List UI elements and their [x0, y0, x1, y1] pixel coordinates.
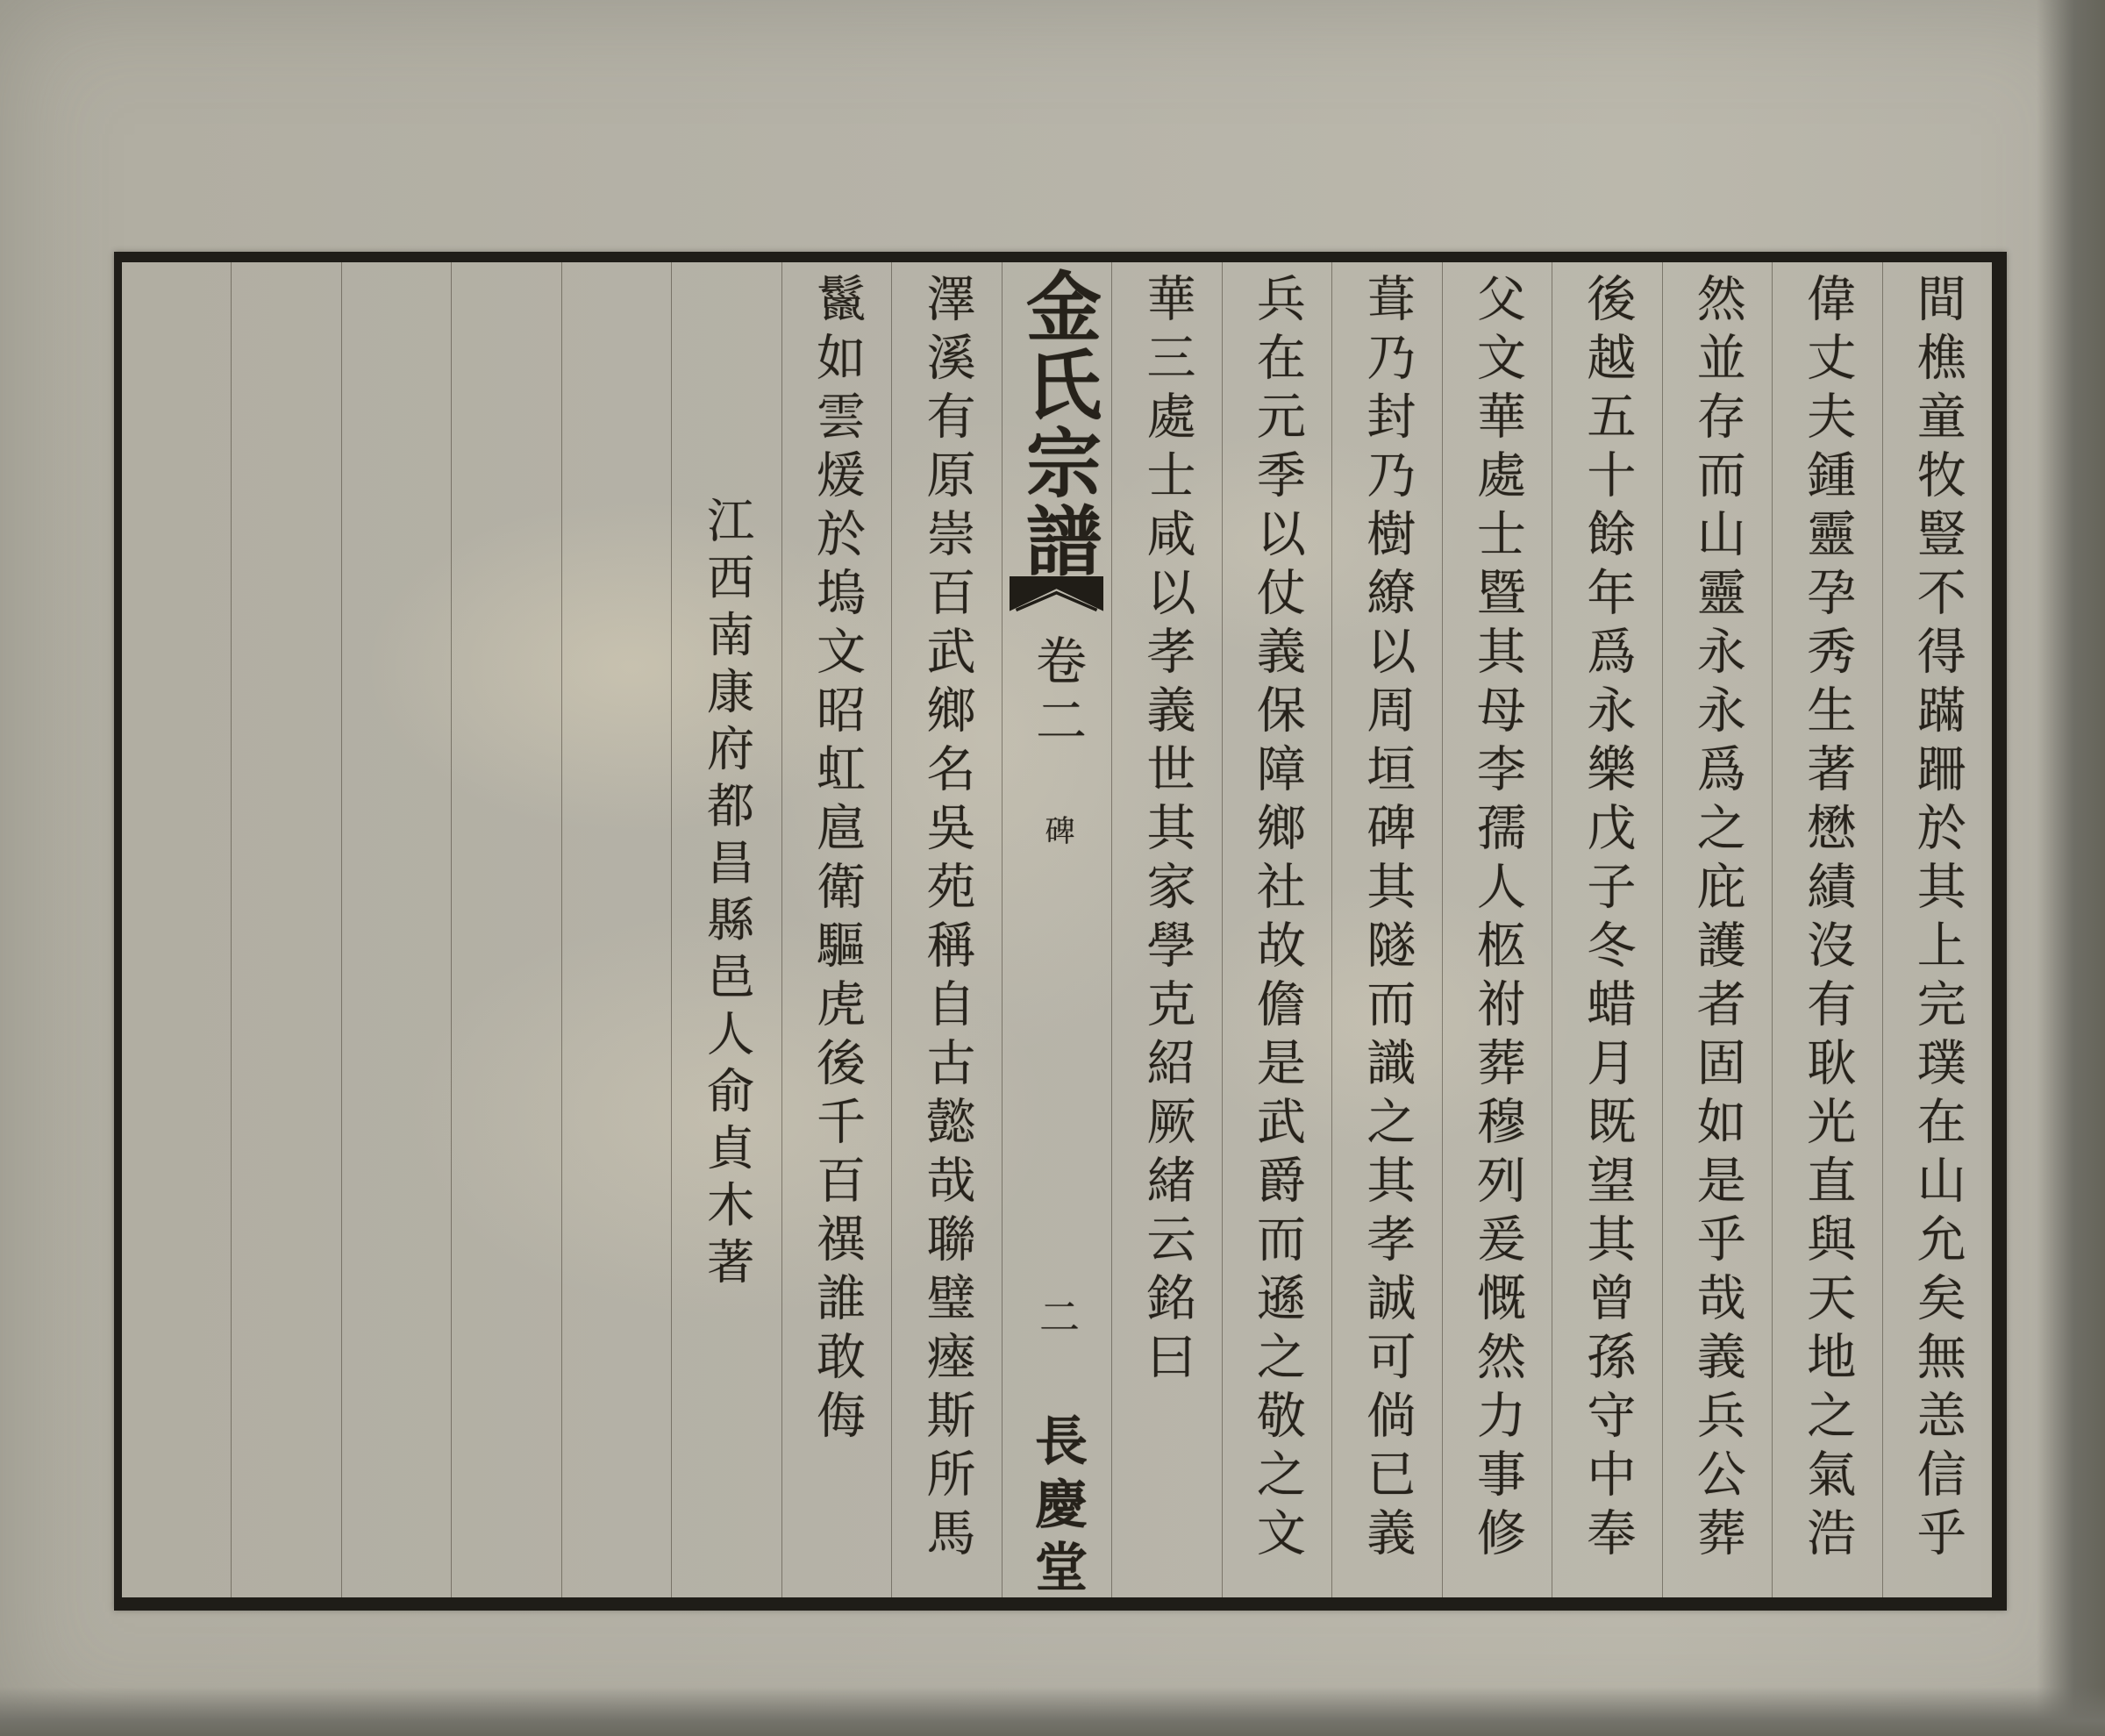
volume-label: 卷二	[1031, 634, 1082, 754]
right-page-text-column-3: 然並存而山靈永永爲之庇護者固如是乎哉義兵公葬	[1662, 262, 1772, 1597]
right-page-text-column-1: 間樵童牧豎不得蹣跚於其上完璞在山允矣無恙信乎	[1882, 262, 1992, 1597]
banxin-center-fold-column: 金氏宗譜 卷二 碑 二 長慶堂	[1002, 262, 1111, 1597]
page-border-frame: 江西南康府都昌縣邑人俞貞木著鬣如雲煖於塢文昭虹扈衛驅虎後千百禩誰敢侮澤溪有原崇百…	[114, 252, 2007, 1611]
left-page-text-column-1: 澤溪有原崇百武鄉名吳苑稱自古懿哉聯璧瘞斯所馬	[891, 262, 1001, 1597]
column-text: 然並存而山靈永永爲之庇護者固如是乎哉義兵公葬	[1693, 262, 1742, 1597]
column-text: 後越五十餘年爲永樂戊子冬蜡月既望其曾孫守中奉	[1582, 262, 1631, 1597]
hall-name: 長慶堂	[1031, 1413, 1083, 1603]
empty-column-4	[451, 262, 560, 1597]
empty-column-5	[561, 262, 671, 1597]
column-text: 偉丈夫鍾靈孕秀生著懋績沒有耿光直與天地之氣浩	[1802, 262, 1852, 1597]
column-text: 澤溪有原崇百武鄉名吳苑稱自古懿哉聯璧瘞斯所馬	[923, 262, 972, 1597]
right-page-text-column-7: 兵在元季以仗義保障鄉社故儋是武爵而遜之敬之文	[1222, 262, 1331, 1597]
column-text: 華三處士咸以孝義世其家學克紹厥緒云銘曰	[1142, 262, 1191, 1597]
right-page-text-column-2: 偉丈夫鍾靈孕秀生著懋績沒有耿光直與天地之氣浩	[1772, 262, 1881, 1597]
book-title: 金氏宗譜	[1019, 268, 1095, 580]
scan-shadow-bottom-edge	[0, 1687, 2105, 1736]
right-page-text-column-5: 父文華處士暨其母李孺人柩祔葬穆列爰慨然力事修	[1442, 262, 1552, 1597]
right-page-text-column-4: 後越五十餘年爲永樂戊子冬蜡月既望其曾孫守中奉	[1552, 262, 1661, 1597]
empty-column-1	[122, 262, 231, 1597]
column-text: 間樵童牧豎不得蹣跚於其上完璞在山允矣無恙信乎	[1913, 262, 1962, 1597]
column-text: 父文華處士暨其母李孺人柩祔葬穆列爰慨然力事修	[1473, 262, 1522, 1597]
left-page-text-column-2: 鬣如雲煖於塢文昭虹扈衛驅虎後千百禩誰敢侮	[781, 262, 891, 1597]
empty-column-2	[231, 262, 340, 1597]
right-page-text-column-8: 華三處士咸以孝義世其家學克紹厥緒云銘曰	[1111, 262, 1221, 1597]
fishtail-ornament-icon	[1010, 576, 1103, 615]
page-number: 二	[1037, 1296, 1077, 1336]
scanned-page: 江西南康府都昌縣邑人俞貞木著鬣如雲煖於塢文昭虹扈衛驅虎後千百禩誰敢侮澤溪有原崇百…	[0, 0, 2105, 1736]
text-columns-area: 江西南康府都昌縣邑人俞貞木著鬣如雲煖於塢文昭虹扈衛驅虎後千百禩誰敢侮澤溪有原崇百…	[122, 262, 1992, 1597]
column-text: 鬣如雲煖於塢文昭虹扈衛驅虎後千百禩誰敢侮	[812, 262, 861, 1597]
right-page-text-column-6: 葺乃封乃樹繚以周垣碑其隧而識之其孝誠可倘已義	[1331, 262, 1441, 1597]
column-text: 葺乃封乃樹繚以周垣碑其隧而識之其孝誠可倘已義	[1362, 262, 1411, 1597]
scan-shadow-right-edge	[2037, 0, 2105, 1736]
column-text: 江西南康府都昌縣邑人俞貞木著	[703, 262, 751, 1597]
section-label: 碑	[1042, 815, 1072, 845]
empty-column-3	[341, 262, 451, 1597]
column-text: 兵在元季以仗義保障鄉社故儋是武爵而遜之敬之文	[1252, 262, 1302, 1597]
attribution-column: 江西南康府都昌縣邑人俞貞木著	[671, 262, 781, 1597]
